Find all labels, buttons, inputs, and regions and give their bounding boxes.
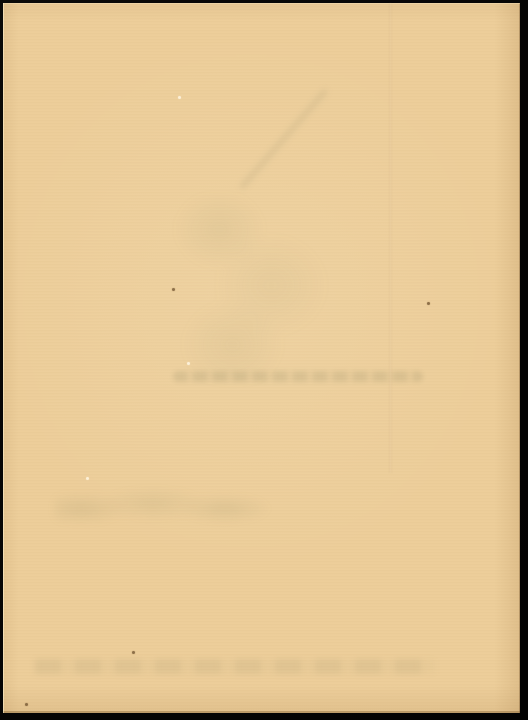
paper-speck bbox=[86, 477, 89, 480]
paper-crease bbox=[389, 3, 392, 473]
paper-speck bbox=[132, 651, 135, 654]
paper-speck bbox=[25, 703, 28, 706]
bleedthrough-roofline-ghost bbox=[239, 88, 329, 190]
bleedthrough-caption-band-ghost bbox=[173, 371, 423, 382]
bleedthrough-bottom-band-ghost bbox=[35, 659, 435, 674]
paper-speck bbox=[172, 288, 175, 291]
paper-speck bbox=[178, 96, 181, 99]
paper-speck bbox=[187, 362, 190, 365]
blank-paper-page bbox=[3, 3, 520, 713]
scanned-page-view: { "page": { "kind": "blank-scanned-paper… bbox=[0, 0, 528, 720]
bleedthrough-image-ghost bbox=[171, 196, 333, 382]
paper-speck bbox=[427, 302, 430, 305]
bleedthrough-script-ghost bbox=[55, 481, 273, 531]
